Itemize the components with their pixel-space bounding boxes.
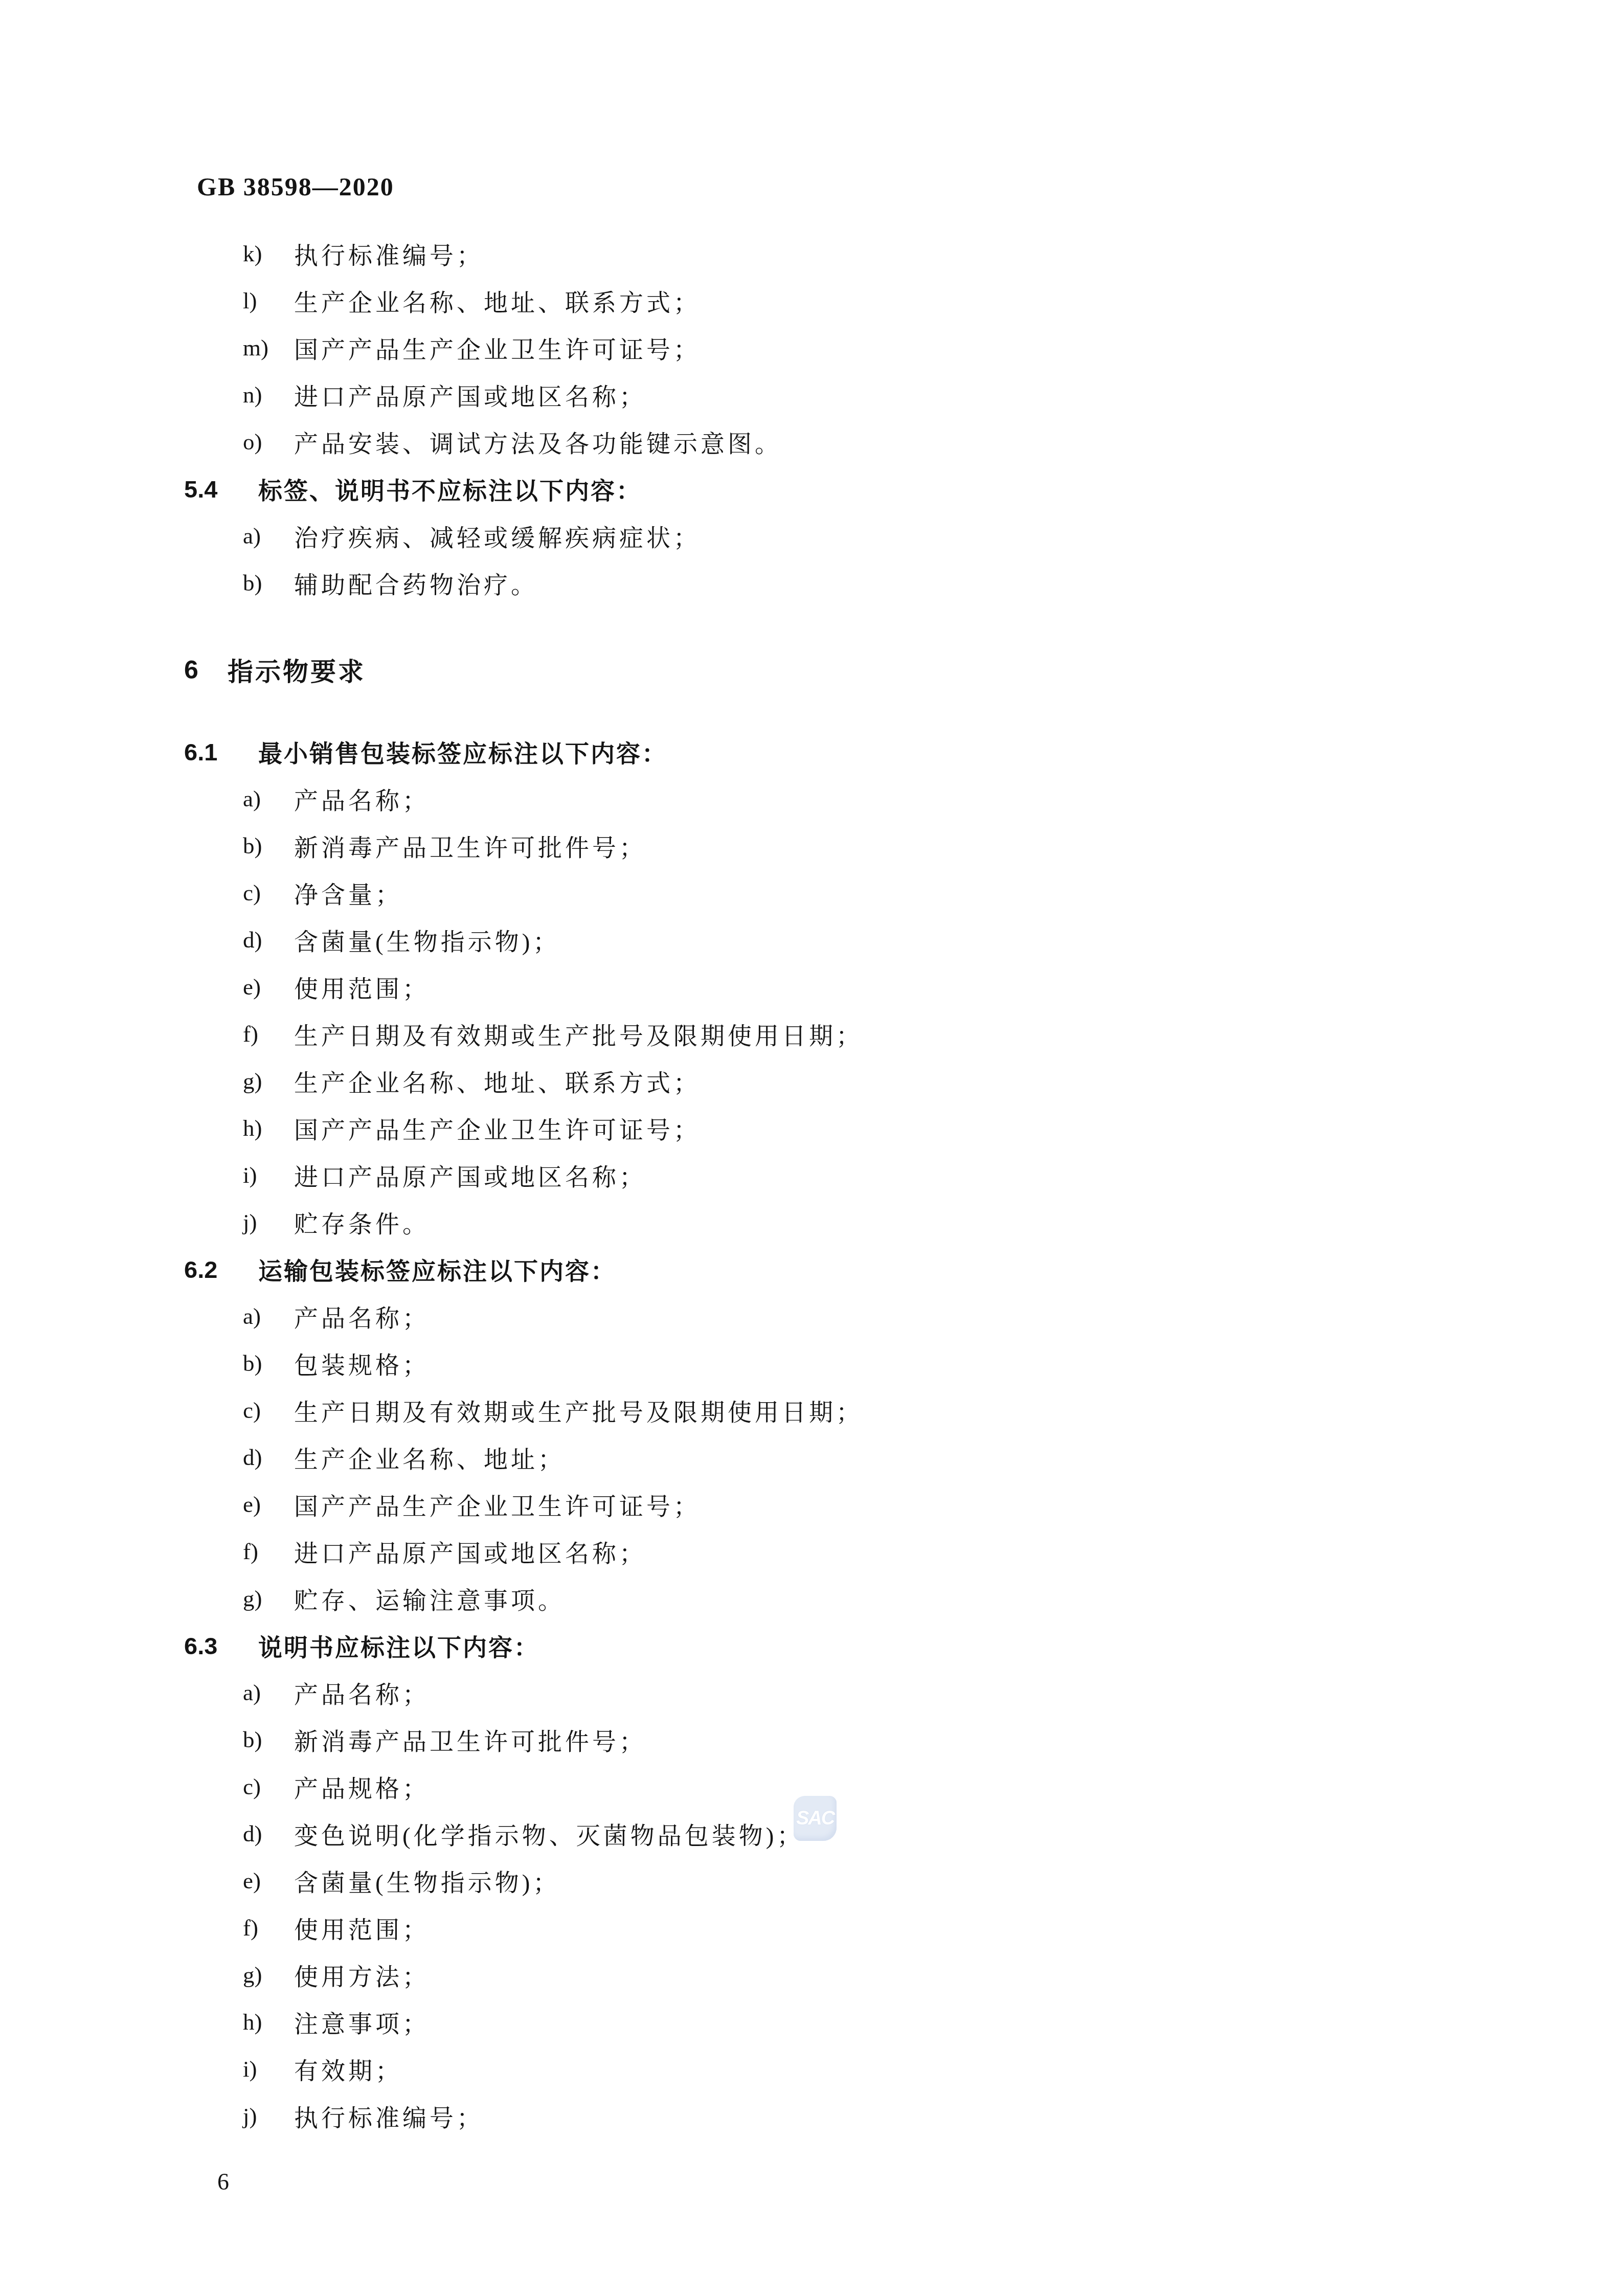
list-item: d)生产企业名称、地址； xyxy=(0,1434,1227,1481)
list-item: g)贮存、运输注意事项。 xyxy=(0,1575,1227,1622)
list-item: f)生产日期及有效期或生产批号及限期使用日期； xyxy=(0,1010,1227,1057)
item-letter: g) xyxy=(243,1585,294,1612)
item-letter: m) xyxy=(243,334,294,361)
item-text: 产品名称； xyxy=(294,782,430,816)
clause-heading: 6.2运输包装标签应标注以下内容： xyxy=(0,1246,1227,1293)
item-letter: a) xyxy=(243,1303,294,1330)
item-text: 进口产品原产国或地区名称； xyxy=(294,1158,646,1192)
list-item: c)产品规格； xyxy=(0,1763,1227,1810)
item-letter: f) xyxy=(243,1021,294,1047)
item-letter: c) xyxy=(243,880,294,906)
item-text: 执行标准编号； xyxy=(294,237,484,271)
section-number: 6.1 xyxy=(184,738,258,766)
section-number: 6.2 xyxy=(184,1255,258,1284)
item-letter: d) xyxy=(243,927,294,953)
item-letter: b) xyxy=(243,1726,294,1753)
item-text: 生产企业名称、地址、联系方式； xyxy=(294,1064,701,1098)
section-number: 5.4 xyxy=(184,475,258,503)
item-letter: l) xyxy=(243,287,294,314)
item-text: 含菌量(生物指示物)； xyxy=(294,923,560,957)
item-text: 生产日期及有效期或生产批号及限期使用日期； xyxy=(294,1393,863,1428)
item-text: 产品安装、调试方法及各功能键示意图。 xyxy=(294,425,782,459)
item-letter: g) xyxy=(243,1068,294,1094)
item-text: 产品名称； xyxy=(294,1299,430,1334)
item-letter: n) xyxy=(243,381,294,408)
item-text: 注意事项； xyxy=(294,2005,430,2039)
item-letter: o) xyxy=(243,429,294,455)
list-item: d)变色说明(化学指示物、灭菌物品包装物)； xyxy=(0,1810,1227,1857)
item-text: 生产日期及有效期或生产批号及限期使用日期； xyxy=(294,1017,863,1051)
list-item: b)新消毒产品卫生许可批件号； xyxy=(0,822,1227,869)
content-area: k)执行标准编号；l)生产企业名称、地址、联系方式；m)国产产品生产企业卫生许可… xyxy=(0,230,1227,2140)
item-letter: a) xyxy=(243,1679,294,1706)
standard-number-header: GB 38598—2020 xyxy=(197,172,394,201)
list-item: a)治疗疾病、减轻或缓解疾病症状； xyxy=(0,512,1227,559)
item-letter: i) xyxy=(243,1162,294,1188)
clause-heading: 6.3说明书应标注以下内容： xyxy=(0,1622,1227,1669)
sac-watermark: SAC xyxy=(794,1796,837,1841)
list-item: d)含菌量(生物指示物)； xyxy=(0,916,1227,963)
list-item: a)产品名称； xyxy=(0,1669,1227,1716)
list-item: a)产品名称； xyxy=(0,1293,1227,1340)
section-number: 6.3 xyxy=(184,1632,258,1660)
item-text: 生产企业名称、地址、联系方式； xyxy=(294,284,701,318)
list-item: b)包装规格； xyxy=(0,1340,1227,1387)
list-item: b)新消毒产品卫生许可批件号； xyxy=(0,1716,1227,1763)
item-letter: d) xyxy=(243,1820,294,1847)
item-letter: e) xyxy=(243,974,294,1000)
item-text: 使用范围； xyxy=(294,970,430,1004)
list-item: f)进口产品原产国或地区名称； xyxy=(0,1528,1227,1575)
section-number: 6 xyxy=(184,655,228,685)
clause-heading: 5.4标签、说明书不应标注以下内容： xyxy=(0,465,1227,512)
list-item: b)辅助配合药物治疗。 xyxy=(0,559,1227,606)
list-item: i)有效期； xyxy=(0,2045,1227,2092)
item-letter: a) xyxy=(243,523,294,549)
item-letter: b) xyxy=(243,570,294,596)
list-item: g)使用方法； xyxy=(0,1951,1227,1998)
item-letter: g) xyxy=(243,1962,294,1988)
item-letter: h) xyxy=(243,2009,294,2035)
list-item: o)产品安装、调试方法及各功能键示意图。 xyxy=(0,418,1227,465)
list-item: h)国产产品生产企业卫生许可证号； xyxy=(0,1105,1227,1152)
sac-watermark-text: SAC xyxy=(796,1808,834,1830)
item-letter: b) xyxy=(243,832,294,859)
item-text: 贮存、运输注意事项。 xyxy=(294,1582,565,1616)
list-item: i)进口产品原产国或地区名称； xyxy=(0,1152,1227,1199)
item-text: 有效期； xyxy=(294,2052,402,2086)
list-item: j)贮存条件。 xyxy=(0,1199,1227,1246)
item-letter: a) xyxy=(243,785,294,812)
item-letter: c) xyxy=(243,1773,294,1800)
heading-text: 说明书应标注以下内容： xyxy=(258,1629,539,1663)
item-text: 使用方法； xyxy=(294,1958,430,1992)
item-letter: f) xyxy=(243,1538,294,1565)
list-item: e)含菌量(生物指示物)； xyxy=(0,1857,1227,1904)
item-letter: i) xyxy=(243,2056,294,2082)
heading-text: 最小销售包装标签应标注以下内容： xyxy=(258,735,667,769)
item-letter: e) xyxy=(243,1867,294,1894)
item-text: 国产产品生产企业卫生许可证号； xyxy=(294,1488,701,1522)
heading-text: 标签、说明书不应标注以下内容： xyxy=(258,472,642,506)
item-text: 产品名称； xyxy=(294,1676,430,1710)
item-letter: k) xyxy=(243,240,294,267)
item-text: 贮存条件。 xyxy=(294,1205,430,1240)
item-letter: h) xyxy=(243,1115,294,1141)
list-item: g)生产企业名称、地址、联系方式； xyxy=(0,1057,1227,1105)
item-text: 变色说明(化学指示物、灭菌物品包装物)； xyxy=(294,1817,804,1851)
list-item: k)执行标准编号； xyxy=(0,230,1227,277)
item-text: 进口产品原产国或地区名称； xyxy=(294,1535,646,1569)
item-text: 新消毒产品卫生许可批件号； xyxy=(294,829,646,863)
item-letter: j) xyxy=(243,1209,294,1235)
item-letter: b) xyxy=(243,1350,294,1377)
list-item: c)净含量； xyxy=(0,869,1227,916)
item-letter: e) xyxy=(243,1491,294,1518)
heading-text: 指示物要求 xyxy=(228,651,366,688)
list-item: n)进口产品原产国或地区名称； xyxy=(0,371,1227,418)
list-item: c)生产日期及有效期或生产批号及限期使用日期； xyxy=(0,1387,1227,1434)
item-text: 执行标准编号； xyxy=(294,2099,484,2133)
list-item: j)执行标准编号； xyxy=(0,2092,1227,2140)
list-item: e)国产产品生产企业卫生许可证号； xyxy=(0,1481,1227,1528)
list-item: l)生产企业名称、地址、联系方式； xyxy=(0,277,1227,324)
item-text: 使用范围； xyxy=(294,1911,430,1945)
page-number: 6 xyxy=(217,2168,229,2195)
item-text: 净含量； xyxy=(294,876,402,910)
item-text: 含菌量(生物指示物)； xyxy=(294,1864,560,1898)
clause-heading: 6.1最小销售包装标签应标注以下内容： xyxy=(0,728,1227,775)
heading-text: 运输包装标签应标注以下内容： xyxy=(258,1252,616,1287)
item-text: 国产产品生产企业卫生许可证号； xyxy=(294,331,701,365)
item-text: 进口产品原产国或地区名称； xyxy=(294,378,646,412)
item-text: 包装规格； xyxy=(294,1346,430,1381)
list-item: m)国产产品生产企业卫生许可证号； xyxy=(0,324,1227,371)
list-item: f)使用范围； xyxy=(0,1904,1227,1951)
item-letter: f) xyxy=(243,1915,294,1941)
list-item: a)产品名称； xyxy=(0,775,1227,822)
list-item: e)使用范围； xyxy=(0,963,1227,1010)
item-text: 治疗疾病、减轻或缓解疾病症状； xyxy=(294,519,701,553)
chapter-heading: 6指示物要求 xyxy=(0,646,1227,693)
item-text: 国产产品生产企业卫生许可证号； xyxy=(294,1111,701,1145)
item-text: 新消毒产品卫生许可批件号； xyxy=(294,1723,646,1757)
item-text: 生产企业名称、地址； xyxy=(294,1440,565,1475)
item-letter: d) xyxy=(243,1444,294,1471)
item-letter: c) xyxy=(243,1397,294,1424)
item-text: 辅助配合药物治疗。 xyxy=(294,566,538,600)
list-item: h)注意事项； xyxy=(0,1998,1227,2045)
item-letter: j) xyxy=(243,2103,294,2129)
item-text: 产品规格； xyxy=(294,1770,430,1804)
